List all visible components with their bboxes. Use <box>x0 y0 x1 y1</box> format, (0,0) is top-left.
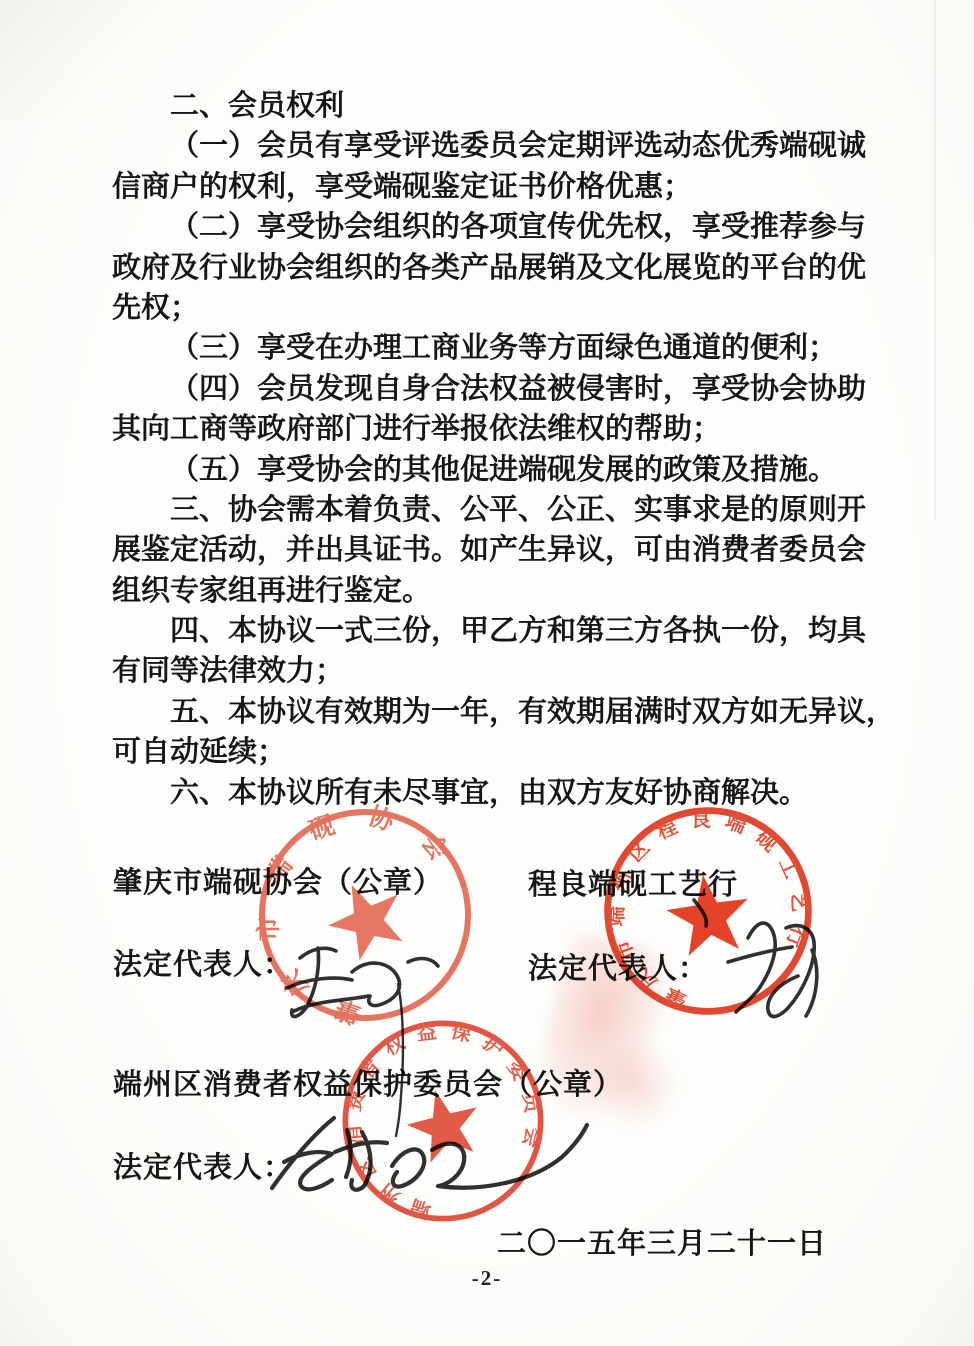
party-a-rep-label: 法定代表人： <box>113 942 293 983</box>
body-line: 信商户的权利，享受端砚鉴定证书价格优惠； <box>112 167 882 207</box>
body-line: （五）享受协会的其他促进端砚发展的政策及措施。 <box>112 450 882 490</box>
party-a-seal-line: 肇庆市端砚协会（公章） <box>113 860 443 901</box>
svg-text:端州区消费者权益保护委员会: 端州区消费者权益保护委员会 <box>317 996 565 1239</box>
page-number: -2- <box>0 1266 974 1291</box>
body-line: 组织专家组再进行鉴定。 <box>112 571 882 611</box>
body-line: 五、本协议有效期为一年，有效期届满时双方如无异议， <box>112 692 882 732</box>
body-line: 可自动延续； <box>112 732 882 772</box>
agreement-body: 二、会员权利 （一）会员有享受评选委员会定期评选动态优秀端砚诚 信商户的权利，享… <box>112 86 882 813</box>
committee-seal-ring-text: 端州区消费者权益保护委员会 <box>317 996 565 1239</box>
body-line: 其向工商等政府部门进行举报依法维权的帮助； <box>112 409 882 449</box>
body-line: 六、本协议所有未尽事宜，由双方友好协商解决。 <box>112 773 882 813</box>
committee-seal-icon: 端州区消费者权益保护委员会 <box>311 989 575 1253</box>
body-line: （四）会员发现自身合法权益被侵害时，享受协会协助 <box>112 369 882 409</box>
body-line: 有同等法律效力； <box>112 651 882 691</box>
scanned-agreement-page: 二、会员权利 （一）会员有享受评选委员会定期评选动态优秀端砚诚 信商户的权利，享… <box>0 0 974 1346</box>
workshop-seal-ring-text: 肇庆市端州区程良端砚工艺行 <box>589 793 824 1022</box>
party-b-seal-line: 程良端砚工艺行 <box>528 862 738 903</box>
party-b-signature <box>694 900 817 1017</box>
party-b-rep-label: 法定代表人： <box>528 946 708 987</box>
body-line: 四、本协议一式三份，甲乙方和第三方各执一份，均具 <box>112 611 882 651</box>
body-line: 三、协会需本着负责、公平、公正、实事求是的原则开 <box>112 490 882 530</box>
party-c-rep-label: 法定代表人： <box>113 1145 293 1186</box>
body-line: 政府及行业协会组织的各类产品展销及文化展览的平台的优 <box>112 248 882 288</box>
party-c-signature <box>272 1118 587 1190</box>
party-a-signature <box>287 948 438 1136</box>
body-line: 展鉴定活动，并出具证书。如产生异议，可由消费者委员会 <box>112 530 882 570</box>
scan-edge-line <box>934 0 936 520</box>
date-line: 二〇一五年三月二十一日 <box>497 1221 827 1262</box>
body-line: （三）享受在办理工商业务等方面绿色通道的便利； <box>112 328 882 368</box>
body-line: 二、会员权利 <box>112 86 882 126</box>
body-line: （一）会员有享受评选委员会定期评选动态优秀端砚诚 <box>112 126 882 166</box>
body-line: 先权； <box>112 288 882 328</box>
party-c-seal-line: 端州区消费者权益保护委员会（公章） <box>113 1062 623 1103</box>
body-line: （二）享受协会组织的各项宣传优先权，享受推荐参与 <box>112 207 882 247</box>
svg-text:肇庆市端州区程良端砚工艺行: 肇庆市端州区程良端砚工艺行 <box>589 793 824 1022</box>
workshop-seal-icon: 肇庆市端州区程良端砚工艺行 <box>583 786 834 1037</box>
